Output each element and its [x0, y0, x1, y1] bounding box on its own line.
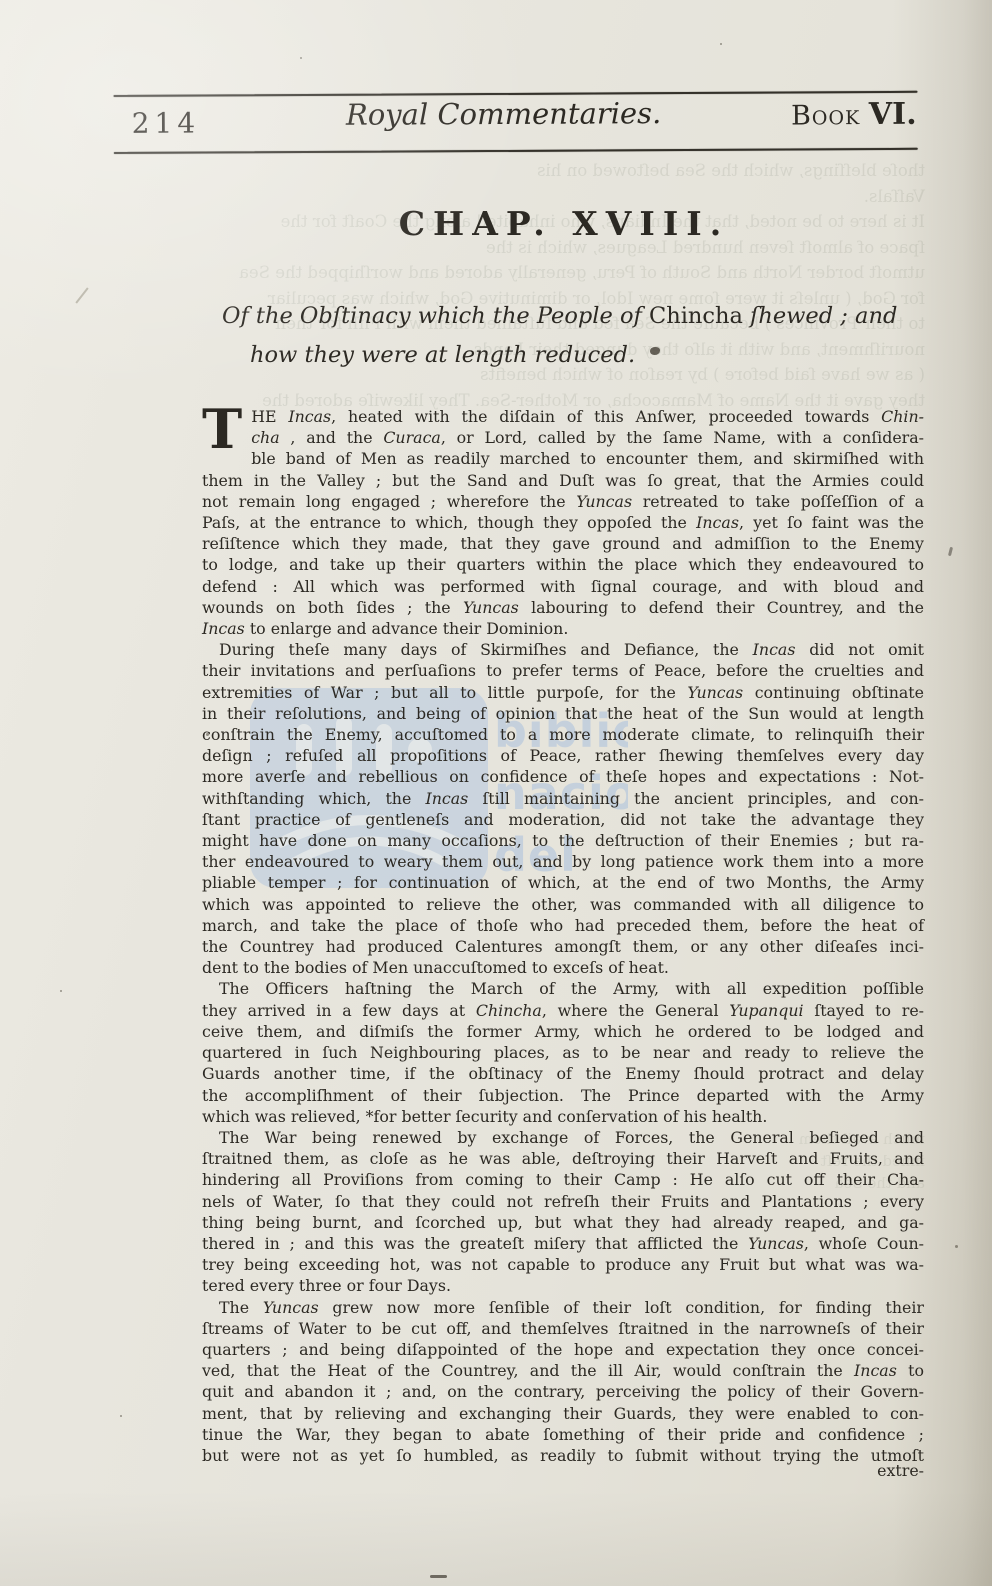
- running-title: Royal Commentaries.: [204, 95, 804, 132]
- text-line: During theſe many days of Skirmiſhes and…: [202, 639, 924, 660]
- stray-ink-mark: [948, 547, 953, 556]
- text-line: quartered in ſuch Neighbouring places, a…: [202, 1042, 924, 1063]
- text-line: The Yuncas grew now more ſenſible of the…: [202, 1297, 924, 1318]
- text-line: ſtant practice of gentleneſs and moderat…: [202, 809, 924, 830]
- text-line: quarters ; and being diſappointed of the…: [202, 1339, 924, 1360]
- text-line: Incas to enlarge and advance their Domin…: [202, 618, 924, 639]
- text-line: their invitations and perſuaſions to pre…: [202, 660, 924, 681]
- text-line: the Countrey had produced Calentures amo…: [202, 936, 924, 957]
- book-numeral: VI.: [869, 97, 917, 132]
- drop-cap: T: [202, 407, 242, 449]
- text-line: more averſe and rebellious on confidence…: [202, 766, 924, 787]
- chapter-heading: CHAP. XVIII.: [203, 204, 925, 243]
- page-number: 214: [132, 107, 201, 140]
- ink-speck: [955, 1245, 958, 1248]
- text-line: nels of Water, ſo that they could not re…: [202, 1191, 924, 1212]
- text-line: which was relieved, *for better ſecurity…: [202, 1106, 924, 1127]
- text-line: dent to the bodies of Men unaccuſtomed t…: [202, 957, 924, 978]
- text-line: reſiſtence which they made, that they ga…: [202, 533, 924, 554]
- text-line: withſtanding which, the Incas ſtill main…: [202, 788, 924, 809]
- text-line: to lodge, and take up their quarters wit…: [202, 554, 924, 575]
- paragraph: The Yuncas grew now more ſenſible of the…: [202, 1297, 924, 1467]
- text-line: ſtreams of Water to be cut off, and them…: [202, 1318, 924, 1339]
- text-line: wounds on both ſides ; the Yuncas labour…: [202, 597, 924, 618]
- text-line: march, and take the place of thoſe who h…: [202, 915, 924, 936]
- paper-scratch: [75, 287, 88, 303]
- ink-speck: [120, 1415, 122, 1417]
- paragraph: The Officers haſtning the March of the A…: [202, 978, 924, 1126]
- text-line: deſign ; refuſed all propoſitions of Pea…: [202, 745, 924, 766]
- text-line: The Officers haſtning the March of the A…: [202, 978, 924, 999]
- paragraph: During theſe many days of Skirmiſhes and…: [202, 639, 924, 978]
- text-line: trey being exceeding hot, was not capabl…: [202, 1254, 924, 1275]
- paragraph: The War being renewed by exchange of For…: [202, 1127, 924, 1297]
- text-line: ment, that by relieving and exchanging t…: [202, 1403, 924, 1424]
- text-line: ble band of Men as readily marched to en…: [202, 448, 924, 469]
- text-line: cha , and the Curaca, or Lord, called by…: [202, 427, 924, 448]
- text-line: HE Incas, heated with the diſdain of thi…: [202, 406, 924, 427]
- text-line: The War being renewed by exchange of For…: [202, 1127, 924, 1148]
- ink-speck: [60, 990, 62, 992]
- header-rule-bottom: [114, 148, 918, 154]
- paragraph: THE Incas, heated with the diſdain of th…: [202, 406, 924, 639]
- text-line: conſtrain the Enemy, accuſtomed to a mor…: [202, 724, 924, 745]
- bottom-ink-dash: [430, 1575, 447, 1578]
- text-line: ther endeavoured to weary them out, and …: [202, 851, 924, 872]
- text-line: them in the Valley ; but the Sand and Du…: [202, 470, 924, 491]
- body-text: THE Incas, heated with the diſdain of th…: [202, 406, 924, 1466]
- text-line: quit and abandon it ; and, on the contra…: [202, 1381, 924, 1402]
- book-page: thoſe bleſſings, which the Sea beſtowed …: [0, 0, 992, 1586]
- text-line: in their reſolutions, and being of opini…: [202, 703, 924, 724]
- text-line: which was appointed to relieve the other…: [202, 894, 924, 915]
- text-line: the accompliſhment of their ſubjection. …: [202, 1085, 924, 1106]
- text-line: they arrived in a few days at Chincha, w…: [202, 1000, 924, 1021]
- text-line: pliable temper ; for continuation of whi…: [202, 872, 924, 893]
- book-label: Book VI.: [791, 97, 917, 133]
- subtitle-line: how they were at length reduced.: [250, 336, 922, 375]
- text-line: thered in ; and this was the greateſt mi…: [202, 1233, 924, 1254]
- subtitle-line: Of the Obſtinacy which the People of Chi…: [222, 297, 922, 336]
- text-line: ſtraitned them, as cloſe as he was able,…: [202, 1148, 924, 1169]
- book-word: Book: [791, 100, 860, 131]
- ink-speck: [300, 57, 302, 59]
- ghost-line: utmoſt border North and South of Peru, g…: [195, 260, 925, 286]
- text-line: ved, that the Heat of the Countrey, and …: [202, 1360, 924, 1381]
- text-line: thing being burnt, and ſcorched up, but …: [202, 1212, 924, 1233]
- text-line: tered every three or four Days.: [202, 1275, 924, 1296]
- text-line: hindering all Proviſions from coming to …: [202, 1169, 924, 1190]
- ghost-line: thoſe bleſſings, which the Sea beſtowed …: [195, 158, 925, 184]
- page-header: 214 Royal Commentaries. Book VI.: [0, 0, 992, 3]
- text-line: Guards another time, if the obſtinacy of…: [202, 1063, 924, 1084]
- chapter-subtitle: Of the Obſtinacy which the People of Chi…: [222, 297, 922, 375]
- text-line: ceive them, and diſmiſs the former Army,…: [202, 1021, 924, 1042]
- text-line: Paſs, at the entrance to which, though t…: [202, 512, 924, 533]
- text-line: extremities of War ; but all to little p…: [202, 682, 924, 703]
- text-line: might have done on many occaſions, to th…: [202, 830, 924, 851]
- text-line: tinue the War, they began to abate ſomet…: [202, 1424, 924, 1445]
- text-line: defend : All which was performed with ſi…: [202, 576, 924, 597]
- ink-speck: [720, 43, 722, 45]
- text-line: not remain long engaged ; wherefore the …: [202, 491, 924, 512]
- catchword: extre-: [202, 1461, 924, 1480]
